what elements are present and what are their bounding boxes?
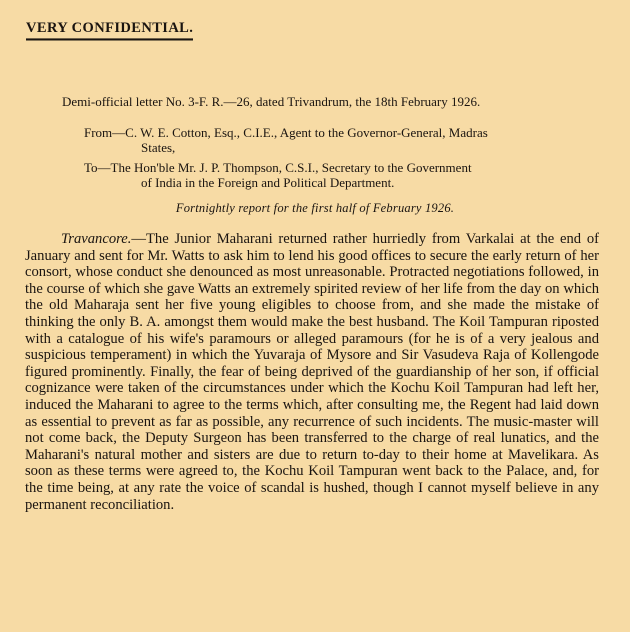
report-body-paragraph: Travancore.—The Junior Maharani returned… [25,231,599,513]
letter-reference-line: Demi-official letter No. 3-F. R.—26, dat… [62,94,480,110]
to-line-2: of India in the Foreign and Political De… [84,175,599,190]
to-line-1: The Hon'ble Mr. J. P. Thompson, C.S.I., … [111,160,472,175]
paragraph-lead: Travancore. [61,231,131,247]
from-line-2: States, [84,140,599,155]
to-label: To— [84,160,111,175]
from-block: From—C. W. E. Cotton, Esq., C.I.E., Agen… [84,125,599,155]
from-label: From— [84,125,125,140]
document-page: VERY CONFIDENTIAL. Demi-official letter … [0,0,630,632]
paragraph-text: —The Junior Maharani returned rather hur… [25,231,599,513]
report-title: Fortnightly report for the first half of… [0,201,630,216]
to-block: To—The Hon'ble Mr. J. P. Thompson, C.S.I… [84,160,599,190]
classification-heading: VERY CONFIDENTIAL. [26,20,193,41]
from-line-1: C. W. E. Cotton, Esq., C.I.E., Agent to … [125,125,488,140]
